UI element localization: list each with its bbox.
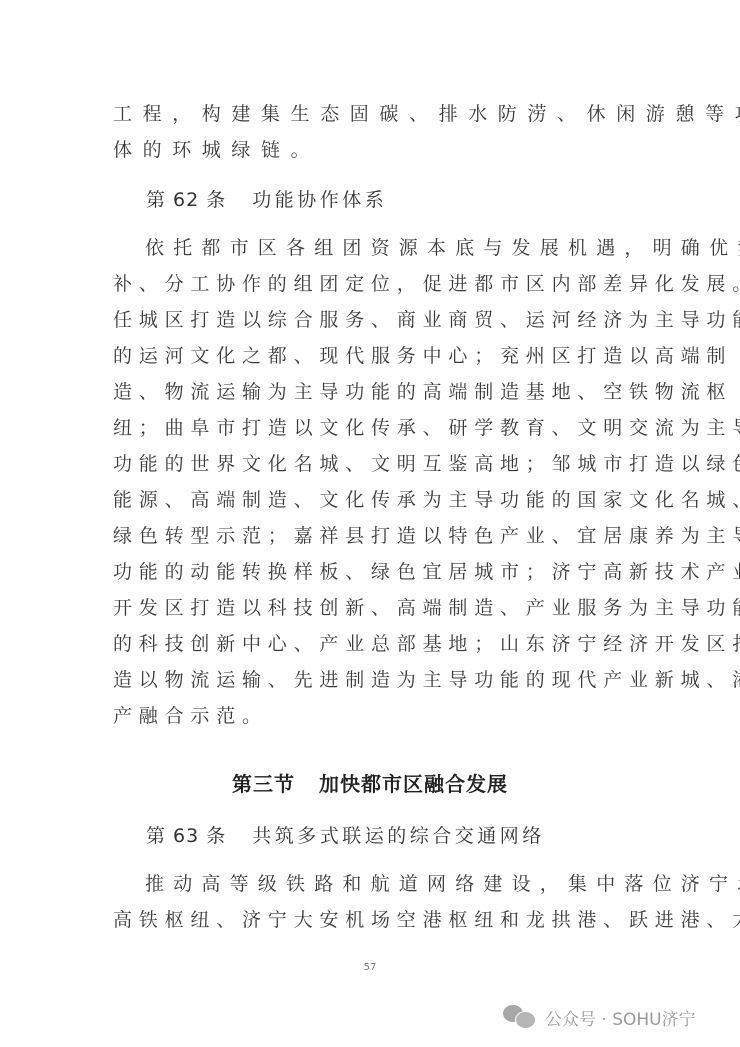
paragraph-line: 造以物流运输、先进制造为主导功能的现代产业新城、港 bbox=[113, 662, 633, 698]
watermark: 公众号 · SOHU济宁 bbox=[503, 1002, 696, 1032]
article-62-heading: 第 62 条功能协作体系 bbox=[146, 182, 387, 218]
paragraph-line: 开发区打造以科技创新、高端制造、产业服务为主导功能 bbox=[113, 590, 633, 626]
paragraph-line: 补、分工协作的组团定位，促进都市区内部差异化发展。 bbox=[113, 266, 633, 302]
article-title: 功能协作体系 bbox=[252, 189, 387, 211]
page-number: 57 bbox=[0, 962, 740, 973]
paragraph-line: 体的环城绿链。 bbox=[113, 132, 633, 168]
article-number: 第 62 条 bbox=[146, 189, 226, 211]
article-63-heading: 第 63 条共筑多式联运的综合交通网络 bbox=[146, 818, 545, 854]
paragraph-line: 纽；曲阜市打造以文化传承、研学教育、文明交流为主导 bbox=[113, 410, 633, 446]
paragraph-line: 工程，构建集生态固碳、排水防涝、休闲游憩等功能于一 bbox=[113, 96, 633, 132]
paragraph-line: 推动高等级铁路和航道网络建设，集中落位济宁北站 bbox=[145, 866, 665, 902]
paragraph-line: 依托都市区各组团资源本底与发展机遇，明确优势互 bbox=[145, 230, 665, 266]
paragraph-line: 任城区打造以综合服务、商业商贸、运河经济为主导功能 bbox=[113, 302, 633, 338]
paragraph-line: 绿色转型示范；嘉祥县打造以特色产业、宜居康养为主导 bbox=[113, 518, 633, 554]
paragraph-line: 能源、高端制造、文化传承为主导功能的国家文化名城、 bbox=[113, 482, 633, 518]
paragraph-line: 功能的世界文化名城、文明互鉴高地；邹城市打造以绿色 bbox=[113, 446, 633, 482]
paragraph-line: 的科技创新中心、产业总部基地；山东济宁经济开发区打 bbox=[113, 626, 633, 662]
paragraph-line: 的运河文化之都、现代服务中心；兖州区打造以高端制 bbox=[113, 338, 633, 374]
document-page: 工程，构建集生态固碳、排水防涝、休闲游憩等功能于一 体的环城绿链。 第 62 条… bbox=[0, 0, 740, 1047]
paragraph-line: 高铁枢纽、济宁大安机场空港枢纽和龙拱港、跃进港、太 bbox=[113, 902, 633, 938]
section-name: 加快都市区融合发展 bbox=[319, 772, 508, 796]
paragraph-line: 产融合示范。 bbox=[113, 698, 633, 734]
watermark-text: 公众号 · SOHU济宁 bbox=[545, 1005, 696, 1030]
paragraph-line: 功能的动能转换样板、绿色宜居城市；济宁高新技术产业 bbox=[113, 554, 633, 590]
section-number: 第三节 bbox=[232, 772, 295, 796]
section-title: 第三节加快都市区融合发展 bbox=[0, 766, 740, 802]
article-number: 第 63 条 bbox=[146, 825, 226, 847]
wechat-icon bbox=[503, 1005, 537, 1029]
paragraph-line: 造、物流运输为主导功能的高端制造基地、空铁物流枢 bbox=[113, 374, 633, 410]
article-title: 共筑多式联运的综合交通网络 bbox=[252, 825, 545, 847]
